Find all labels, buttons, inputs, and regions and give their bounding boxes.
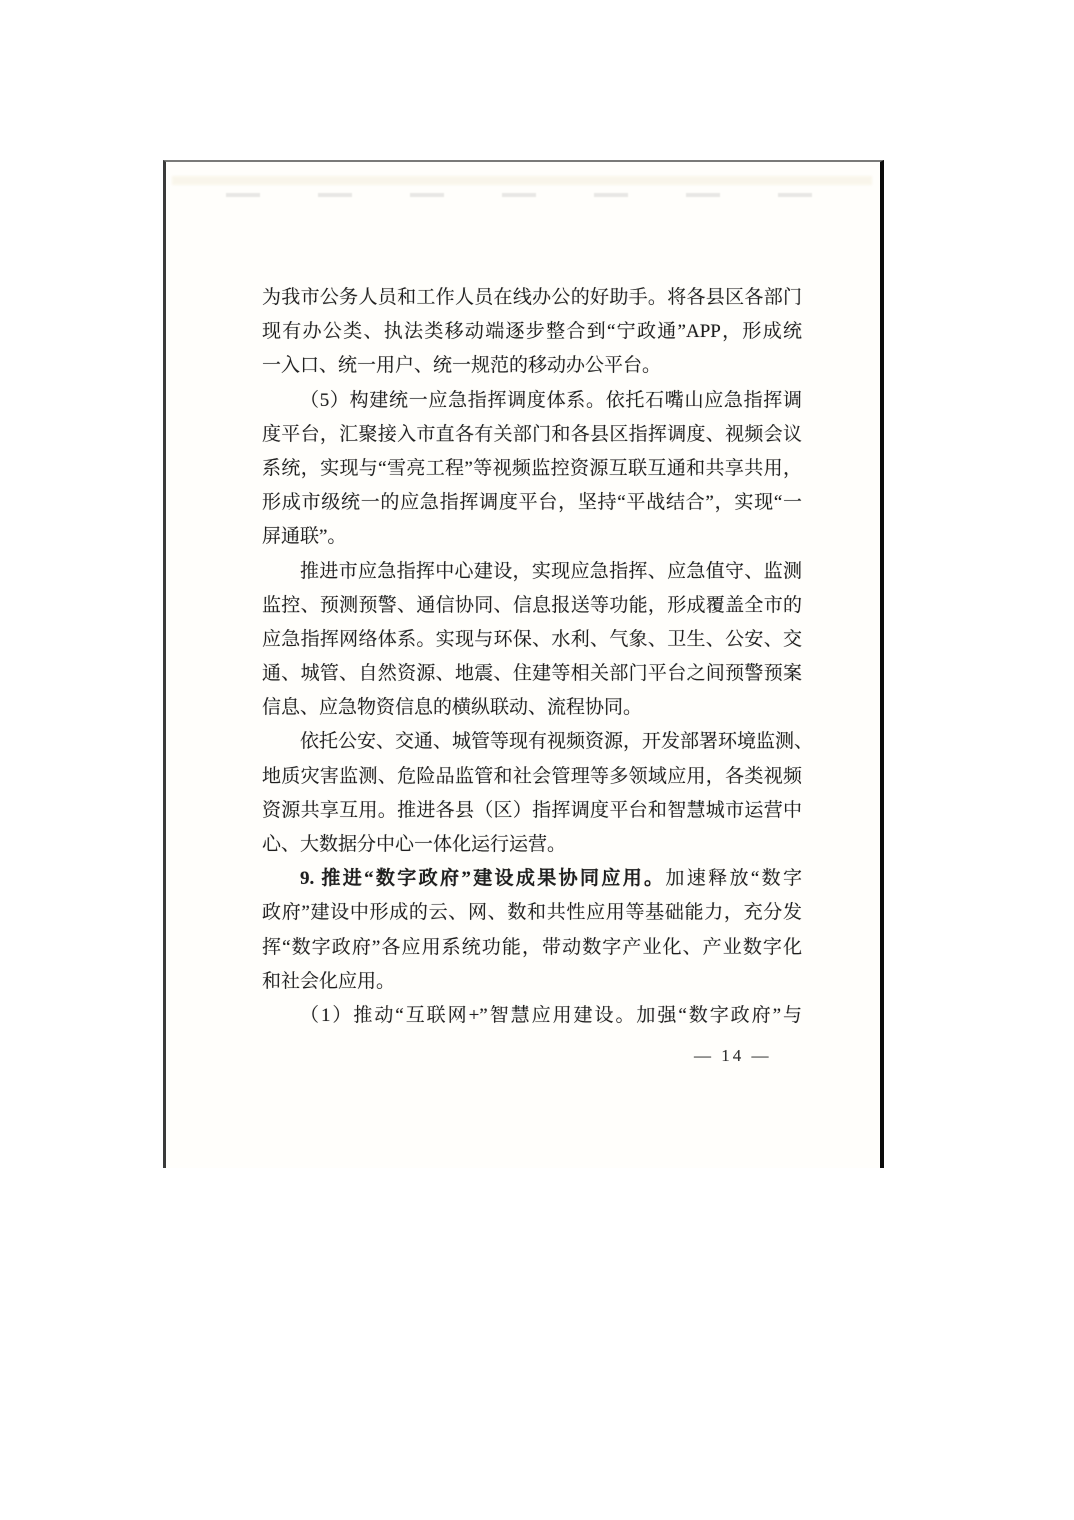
text-line: 信息、应急物资信息的横纵联动、流程协同。 [262, 691, 802, 725]
text-line: 地质灾害监测、危险品监管和社会管理等多领域应用，各类视频 [262, 760, 802, 794]
page-sheet: 为我市公务人员和工作人员在线办公的好助手。将各县区各部门现有办公类、执法类移动端… [163, 160, 884, 1168]
text-line: 9. 推进“数字政府”建设成果协同应用。加速释放“数字 [262, 862, 802, 896]
text-line: （5）构建统一应急指挥调度体系。依托石嘴山应急指挥调 [262, 384, 802, 418]
text-line: 系统，实现与“雪亮工程”等视频监控资源互联互通和共享共用， [262, 452, 802, 486]
scan-artifact [226, 193, 846, 197]
text-line: 形成市级统一的应急指挥调度平台，坚持“平战结合”，实现“一 [262, 486, 802, 520]
text-line: 屏通联”。 [262, 520, 802, 554]
text-block: 为我市公务人员和工作人员在线办公的好助手。将各县区各部门现有办公类、执法类移动端… [262, 281, 802, 1033]
scan-background: 为我市公务人员和工作人员在线办公的好助手。将各县区各部门现有办公类、执法类移动端… [0, 0, 1074, 1520]
text-line: 度平台，汇聚接入市直各有关部门和各县区指挥调度、视频会议 [262, 418, 802, 452]
text-line: 为我市公务人员和工作人员在线办公的好助手。将各县区各部门 [262, 281, 802, 315]
text-line: 挥“数字政府”各应用系统功能，带动数字产业化、产业数字化 [262, 931, 802, 965]
text-line: 现有办公类、执法类移动端逐步整合到“宁政通”APP，形成统 [262, 315, 802, 349]
text-line: 政府”建设中形成的云、网、数和共性应用等基础能力，充分发 [262, 896, 802, 930]
text-line: 通、城管、自然资源、地震、住建等相关部门平台之间预警预案 [262, 657, 802, 691]
scan-artifact [172, 176, 872, 185]
section-heading-bold: 9. 推进“数字政府”建设成果协同应用。 [300, 868, 665, 889]
text-line: （1）推动“互联网+”智慧应用建设。加强“数字政府”与 [262, 999, 802, 1033]
text-line: 心、大数据分中心一体化运行运营。 [262, 828, 802, 862]
text-line: 一入口、统一用户、统一规范的移动办公平台。 [262, 349, 802, 383]
text-line: 应急指挥网络体系。实现与环保、水利、气象、卫生、公安、交 [262, 623, 802, 657]
text-line: 推进市应急指挥中心建设，实现应急指挥、应急值守、监测 [262, 555, 802, 589]
text-line: 和社会化应用。 [262, 965, 802, 999]
page-number: — 14 — [694, 1044, 854, 1068]
text-line: 资源共享互用。推进各县（区）指挥调度平台和智慧城市运营中 [262, 794, 802, 828]
text-line: 依托公安、交通、城管等现有视频资源，开发部署环境监测、 [262, 725, 802, 759]
text-line: 监控、预测预警、通信协同、信息报送等功能，形成覆盖全市的 [262, 589, 802, 623]
